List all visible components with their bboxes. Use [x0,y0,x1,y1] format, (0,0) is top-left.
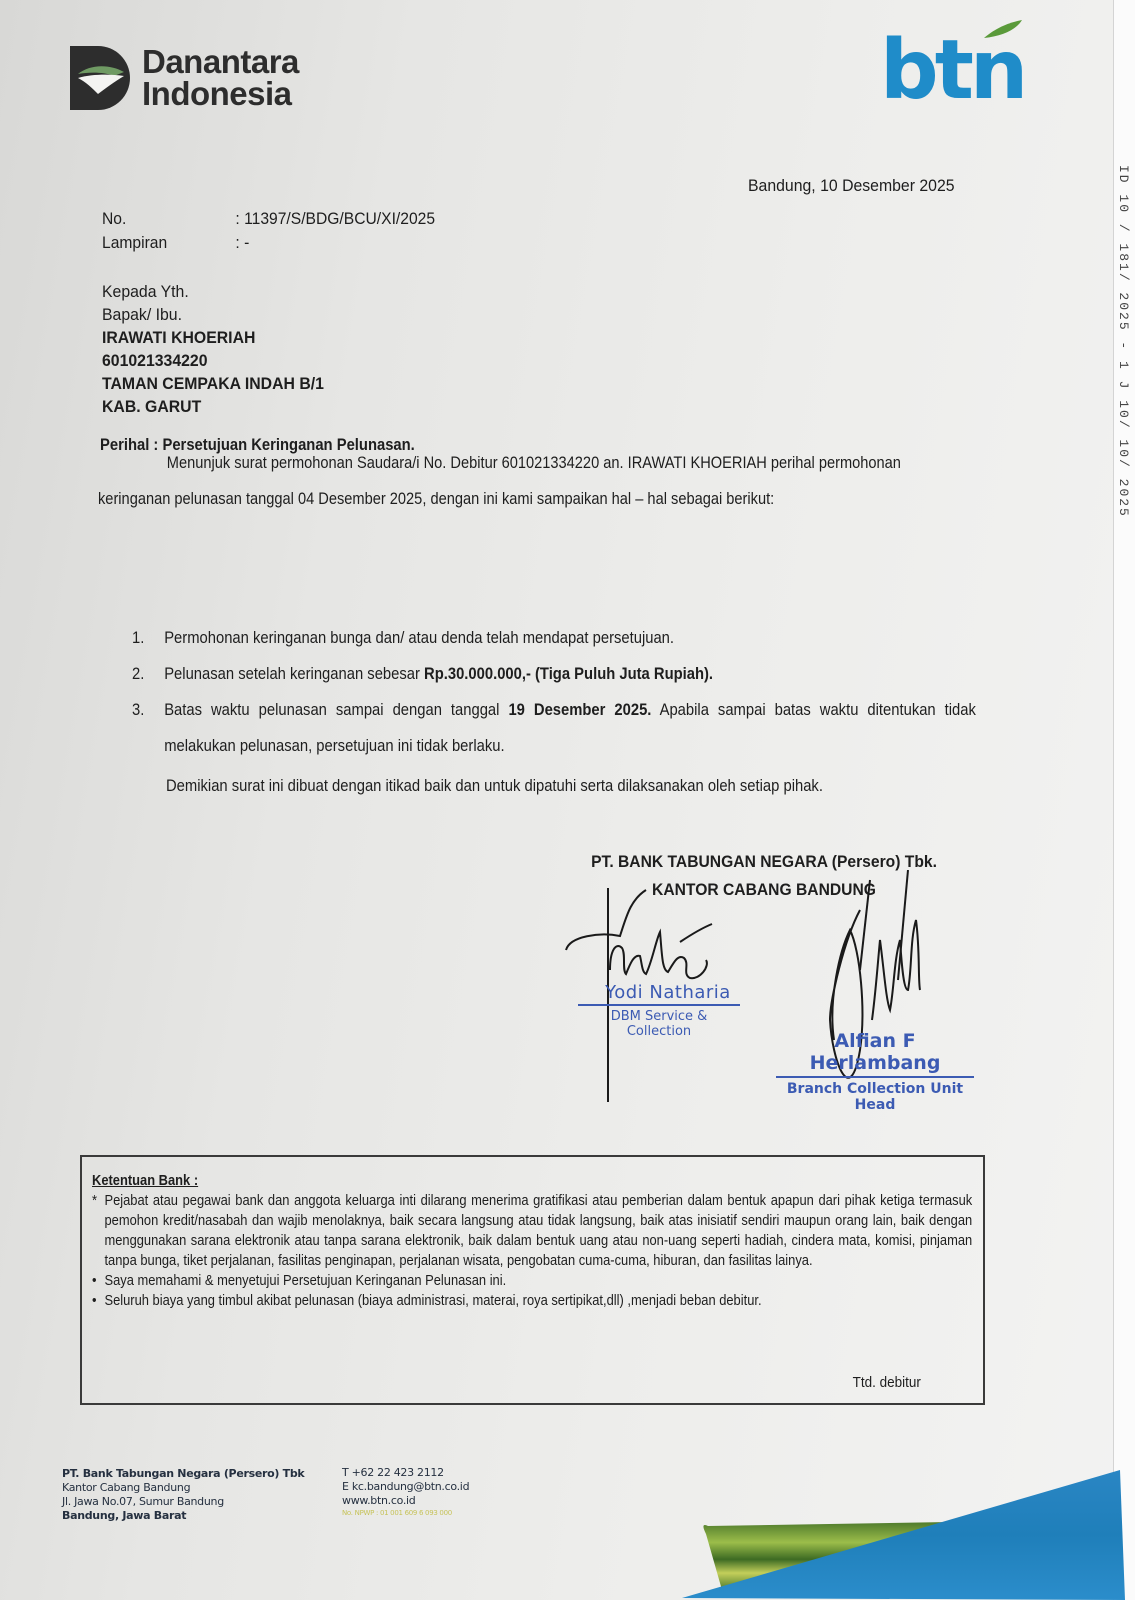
recipient-account: 601021334220 [102,349,324,372]
footer-npwp: No. NPWP : 01 001 609 6 093 000 [342,1508,469,1518]
footer-address: PT. Bank Tabungan Negara (Persero) Tbk K… [62,1467,304,1523]
stamp-divider [776,1076,974,1078]
letter-page: ID 10 / 181/ 2025 - 1 J 10/ 10/ 2025 Dan… [0,0,1135,1600]
bank-terms-box: Ketentuan Bank : * Pejabat atau pegawai … [80,1155,985,1405]
footer-company: PT. Bank Tabungan Negara (Persero) Tbk [62,1467,304,1481]
footer-website[interactable]: www.btn.co.id [342,1494,469,1508]
meta-attachment: Lampiran : - [102,231,435,255]
bank-terms-item: * Pejabat atau pegawai bank dan anggota … [92,1191,982,1271]
recipient-name: IRAWATI KHOERIAH [102,326,324,349]
branch-name: KANTOR CABANG BANDUNG [580,876,948,904]
signatory-2-role: Branch Collection Unit Head [776,1081,974,1113]
danantara-logo-mark-icon [70,46,130,110]
footer-email[interactable]: E kc.bandung@btn.co.id [342,1480,469,1494]
list-item: 2. Pelunasan setelah keringanan sebesar … [132,656,976,692]
bank-terms-item: • Seluruh biaya yang timbul akibat pelun… [92,1291,982,1311]
bank-terms-title: Ketentuan Bank : [92,1171,982,1191]
signatory-2-name: Alfian F Herlambang [776,1030,974,1074]
signatory-stamp-2: Alfian F Herlambang Branch Collection Un… [776,1030,974,1113]
bank-terms-item: • Saya memahami & menyetujui Persetujuan… [92,1271,982,1291]
danantara-logo: Danantara Indonesia [70,46,299,110]
footer-street: Jl. Jawa No.07, Sumur Bandung [62,1495,304,1509]
signatory-1-name: Yodi Natharia [578,982,740,1003]
danantara-logo-line1: Danantara [142,46,299,78]
footer-contact: T +62 22 423 2112 E kc.bandung@btn.co.id… [342,1466,469,1518]
signature-block: PT. BANK TABUNGAN NEGARA (Persero) Tbk. … [580,848,948,904]
meta-number: No. : 11397/S/BDG/BCU/XI/2025 [102,207,435,231]
edge-print-text: ID 10 / 181/ 2025 - 1 J 10/ 10/ 2025 [1116,165,1131,518]
debtor-signature-label: Ttd. debitur [853,1374,921,1391]
signatory-1-role: DBM Service & Collection [578,1009,740,1039]
footer-city: Bandung, Jawa Barat [62,1509,304,1523]
closing-sentence: Demikian surat ini dibuat dengan itikad … [166,776,823,796]
signatory-stamp-1: Yodi Natharia DBM Service & Collection [578,982,740,1039]
salutation-1: Kepada Yth. [102,280,324,303]
footer-phone: T +62 22 423 2112 [342,1466,469,1480]
list-item: 3. Batas waktu pelunasan sampai dengan t… [132,692,976,764]
recipient-address-1: TAMAN CEMPAKA INDAH B/1 [102,372,324,395]
salutation-2: Bapak/ Ibu. [102,303,324,326]
btn-logo: btn [880,20,1030,110]
footer-wave-decoration-icon [650,1430,1135,1600]
recipient-block: Kepada Yth. Bapak/ Ibu. IRAWATI KHOERIAH… [102,280,324,418]
letter-meta: No. : 11397/S/BDG/BCU/XI/2025 Lampiran :… [102,207,435,255]
footer-branch: Kantor Cabang Bandung [62,1481,304,1495]
stamp-divider [578,1004,740,1006]
page-edge: ID 10 / 181/ 2025 - 1 J 10/ 10/ 2025 [1113,0,1135,1600]
list-item: 1. Permohonan keringanan bunga dan/ atau… [132,620,976,656]
letter-date: Bandung, 10 Desember 2025 [748,176,955,196]
danantara-logo-line2: Indonesia [142,78,299,110]
opening-paragraph: Menunjuk surat permohonan Saudara/i No. … [98,445,975,517]
svg-text:btn: btn [880,23,1024,110]
terms-list: 1. Permohonan keringanan bunga dan/ atau… [132,620,976,764]
recipient-address-2: KAB. GARUT [102,395,324,418]
company-name: PT. BANK TABUNGAN NEGARA (Persero) Tbk. [580,848,948,876]
